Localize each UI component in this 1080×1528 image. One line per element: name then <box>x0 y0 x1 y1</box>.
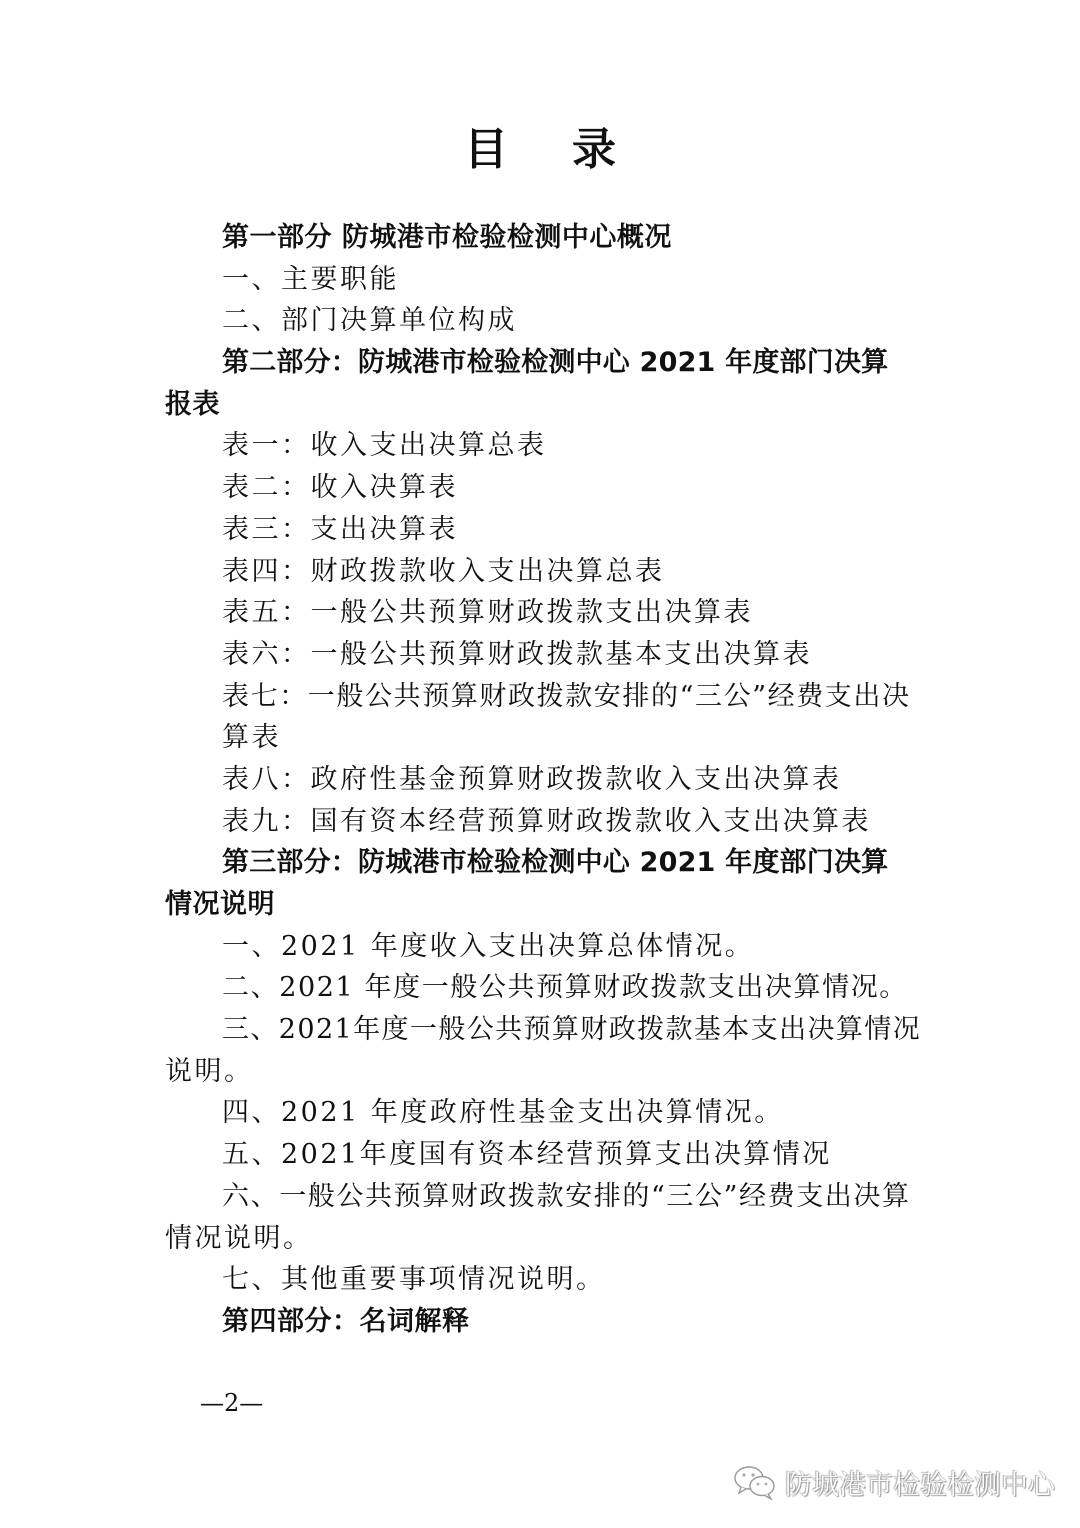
title-char-1: 目 <box>464 124 508 175</box>
page-title: 目录 <box>0 118 1080 182</box>
toc-item: 表八：政府性基金预算财政拨款收入支出决算表 <box>165 759 920 801</box>
toc-item: 一、主要职能 <box>165 259 920 301</box>
account-watermark: 防城港市检验检测中心 <box>733 1462 1055 1502</box>
watermark-text: 防城港市检验检测中心 <box>785 1463 1055 1502</box>
toc-item: 二、2021 年度一般公共预算财政拨款支出决算情况。 <box>165 967 920 1009</box>
toc-item: 三、2021年度一般公共预算财政拨款基本支出决算情况 <box>165 1009 920 1051</box>
toc-item: 一、2021 年度收入支出决算总体情况。 <box>165 926 920 968</box>
toc-item: 表一：收入支出决算总表 <box>165 425 920 467</box>
toc-item: 表五：一般公共预算财政拨款支出决算表 <box>165 592 920 634</box>
toc-item-cont: 说明。 <box>165 1051 920 1093</box>
wechat-icon <box>733 1464 777 1500</box>
toc-part-3-heading: 第三部分：防城港市检验检测中心 2021 年度部门决算 <box>165 842 920 884</box>
title-char-2: 录 <box>572 124 616 175</box>
toc-part-4-heading: 第四部分：名词解释 <box>165 1301 920 1343</box>
toc-item: 五、2021年度国有资本经营预算支出决算情况 <box>165 1134 920 1176</box>
toc-item: 七、其他重要事项情况说明。 <box>165 1259 920 1301</box>
toc-item: 表七：一般公共预算财政拨款安排的“三公”经费支出决 <box>165 676 920 718</box>
toc-part-3-heading-cont: 情况说明 <box>165 884 920 926</box>
toc-item-cont: 算表 <box>165 717 920 759</box>
toc-part-2-heading-cont: 报表 <box>165 384 920 426</box>
toc-item: 六、一般公共预算财政拨款安排的“三公”经费支出决算 <box>165 1176 920 1218</box>
toc-item: 二、部门决算单位构成 <box>165 300 920 342</box>
toc-item-cont: 情况说明。 <box>165 1218 920 1260</box>
toc-part-1-heading: 第一部分 防城港市检验检测中心概况 <box>165 217 920 259</box>
toc-item: 表三：支出决算表 <box>165 509 920 551</box>
toc-part-2-heading: 第二部分：防城港市检验检测中心 2021 年度部门决算 <box>165 342 920 384</box>
toc-item: 表六：一般公共预算财政拨款基本支出决算表 <box>165 634 920 676</box>
toc-item: 表四：财政拨款收入支出决算总表 <box>165 551 920 593</box>
toc-item: 四、2021 年度政府性基金支出决算情况。 <box>165 1092 920 1134</box>
page-number: —2— <box>200 1388 263 1418</box>
toc-item: 表九：国有资本经营预算财政拨款收入支出决算表 <box>165 801 920 843</box>
table-of-contents: 第一部分 防城港市检验检测中心概况 一、主要职能 二、部门决算单位构成 第二部分… <box>165 217 920 1343</box>
toc-item: 表二：收入决算表 <box>165 467 920 509</box>
